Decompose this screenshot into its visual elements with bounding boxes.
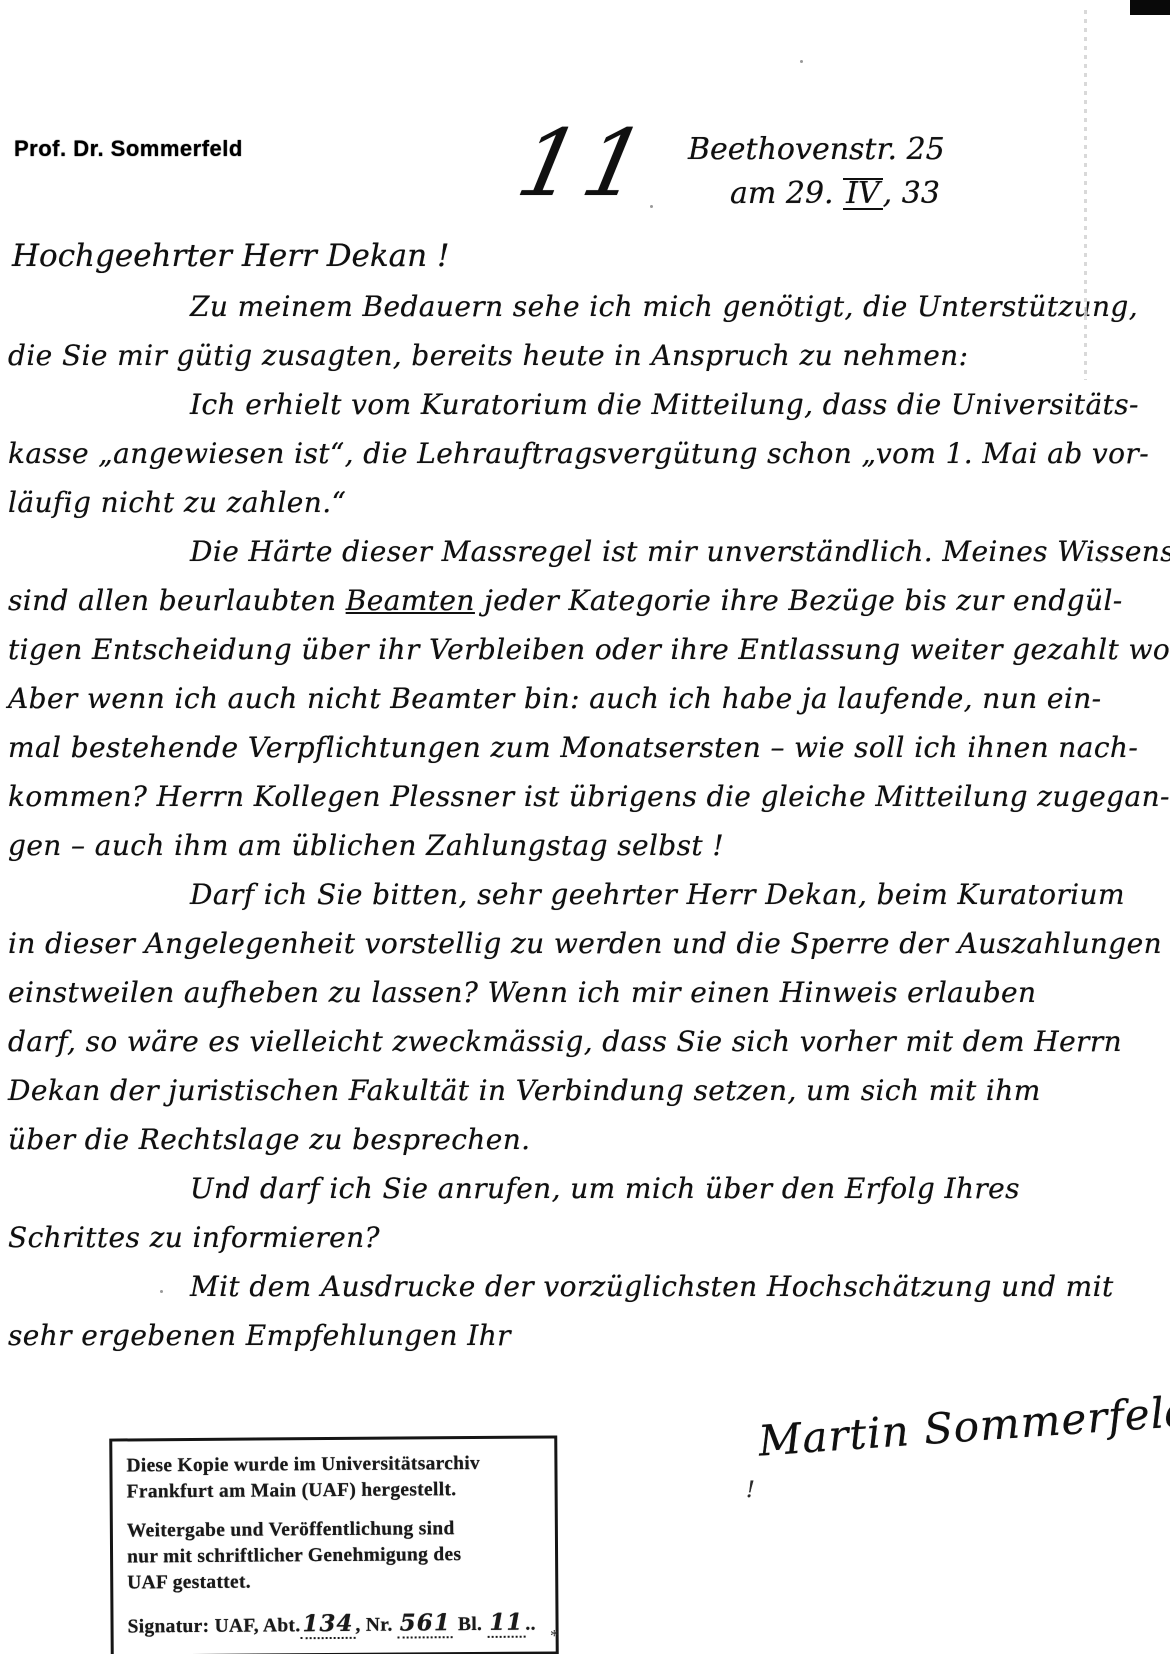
scan-speck <box>1100 560 1103 563</box>
signatur-bl-label: Bl. <box>458 1614 482 1635</box>
letter-line: einstweilen aufheben zu lassen? Wenn ich… <box>8 976 1164 1025</box>
signatur-label: Signatur: UAF, Abt. <box>127 1615 300 1637</box>
signatur-nr-label: , Nr. <box>355 1614 392 1635</box>
letter-line: Schrittes zu informieren? <box>8 1221 1164 1270</box>
stamp-paragraph-origin: Diese Kopie wurde im UniversitätsarchivF… <box>126 1451 540 1505</box>
letter-line: in dieser Angelegenheit vorstellig zu we… <box>8 927 1164 976</box>
stamp-paragraph-permission: Weitergabe und Veröffentlichung sindnur … <box>127 1516 542 1596</box>
letter-line: Und darf ich Sie anrufen, um mich über d… <box>8 1172 1164 1221</box>
scan-speck <box>160 1290 163 1293</box>
scan-edge-artifact <box>1084 10 1087 380</box>
page-number: 11 <box>510 118 659 210</box>
stamp-line: nur mit schriftlicher Genehmigung des <box>127 1542 541 1571</box>
letter-line: Zu meinem Bedauern sehe ich mich genötig… <box>8 290 1164 339</box>
salutation: Hochgeehrter Herr Dekan ! <box>12 238 449 274</box>
letter-line: tigen Entscheidung über ihr Verbleiben o… <box>8 633 1164 682</box>
scan-speck <box>650 205 653 208</box>
letter-line: läufig nicht zu zahlen.“ <box>8 486 1164 535</box>
letter-line: die Sie mir gütig zusagten, bereits heut… <box>8 339 1164 388</box>
date-roman-numeral: IV <box>843 178 883 211</box>
date-line: am 29. IV, 33 <box>688 172 945 216</box>
letter-line: sind allen beurlaubten Beamten jeder Kat… <box>8 584 1164 633</box>
stray-asterisk-mark: * <box>550 1626 559 1646</box>
stamp-line: Diese Kopie wurde im Universitätsarchiv <box>126 1451 540 1480</box>
address-date-block: Beethovenstr. 25 am 29. IV, 33 <box>688 128 945 215</box>
signatur-nr-number: 561 <box>398 1609 453 1638</box>
scanned-letter-page: Prof. Dr. Sommerfeld 11 Beethovenstr. 25… <box>0 0 1170 1654</box>
letter-line: Ich erhielt vom Kuratorium die Mitteilun… <box>8 388 1164 437</box>
scan-corner-mark <box>1130 0 1170 15</box>
stray-exclamation-mark: ! <box>746 1478 755 1503</box>
stamp-line: Frankfurt am Main (UAF) hergestellt. <box>127 1476 541 1505</box>
scan-speck <box>800 60 803 63</box>
stamp-signatur-line: Signatur: UAF, Abt.134, Nr. 561 Bl. 11.. <box>127 1607 541 1640</box>
letter-line: Darf ich Sie bitten, sehr geehrter Herr … <box>8 878 1164 927</box>
letter-line: kommen? Herrn Kollegen Plessner ist übri… <box>8 780 1164 829</box>
letter-line: kasse „angewiesen ist“, die Lehrauftrags… <box>8 437 1164 486</box>
signatur-trailing-dots: .. <box>525 1613 536 1634</box>
letter-line: mal bestehende Verpflichtungen zum Monat… <box>8 731 1164 780</box>
letter-line: Dekan der juristischen Fakultät in Verbi… <box>8 1074 1164 1123</box>
stamp-line: Weitergabe und Veröffentlichung sind <box>127 1516 541 1545</box>
letterhead-printed-name: Prof. Dr. Sommerfeld <box>14 136 243 162</box>
underlined-word: Beamten <box>346 584 475 617</box>
stamp-line: UAF gestattet. <box>127 1567 541 1596</box>
signatur-bl-number: 11 <box>487 1608 525 1637</box>
signature: Martin Sommerfeld <box>757 1387 1170 1465</box>
letter-line: Mit dem Ausdrucke der vorzüglichsten Hoc… <box>8 1270 1164 1319</box>
archive-stamp: Diese Kopie wurde im UniversitätsarchivF… <box>109 1435 559 1654</box>
letter-line: darf, so wäre es vielleicht zweckmässig,… <box>8 1025 1164 1074</box>
letter-line: gen – auch ihm am üblichen Zahlungstag s… <box>8 829 1164 878</box>
signatur-abt-number: 134 <box>300 1610 355 1639</box>
letter-line: sehr ergebenen Empfehlungen Ihr <box>8 1319 1164 1368</box>
date-prefix: am 29. <box>730 176 834 211</box>
letter-line: Aber wenn ich auch nicht Beamter bin: au… <box>8 682 1164 731</box>
letter-body: Zu meinem Bedauern sehe ich mich genötig… <box>8 290 1164 1368</box>
letter-line: Die Härte dieser Massregel ist mir unver… <box>8 535 1164 584</box>
letter-line: über die Rechtslage zu besprechen. <box>8 1123 1164 1172</box>
date-suffix: , 33 <box>883 176 940 211</box>
address-line: Beethovenstr. 25 <box>688 128 945 172</box>
